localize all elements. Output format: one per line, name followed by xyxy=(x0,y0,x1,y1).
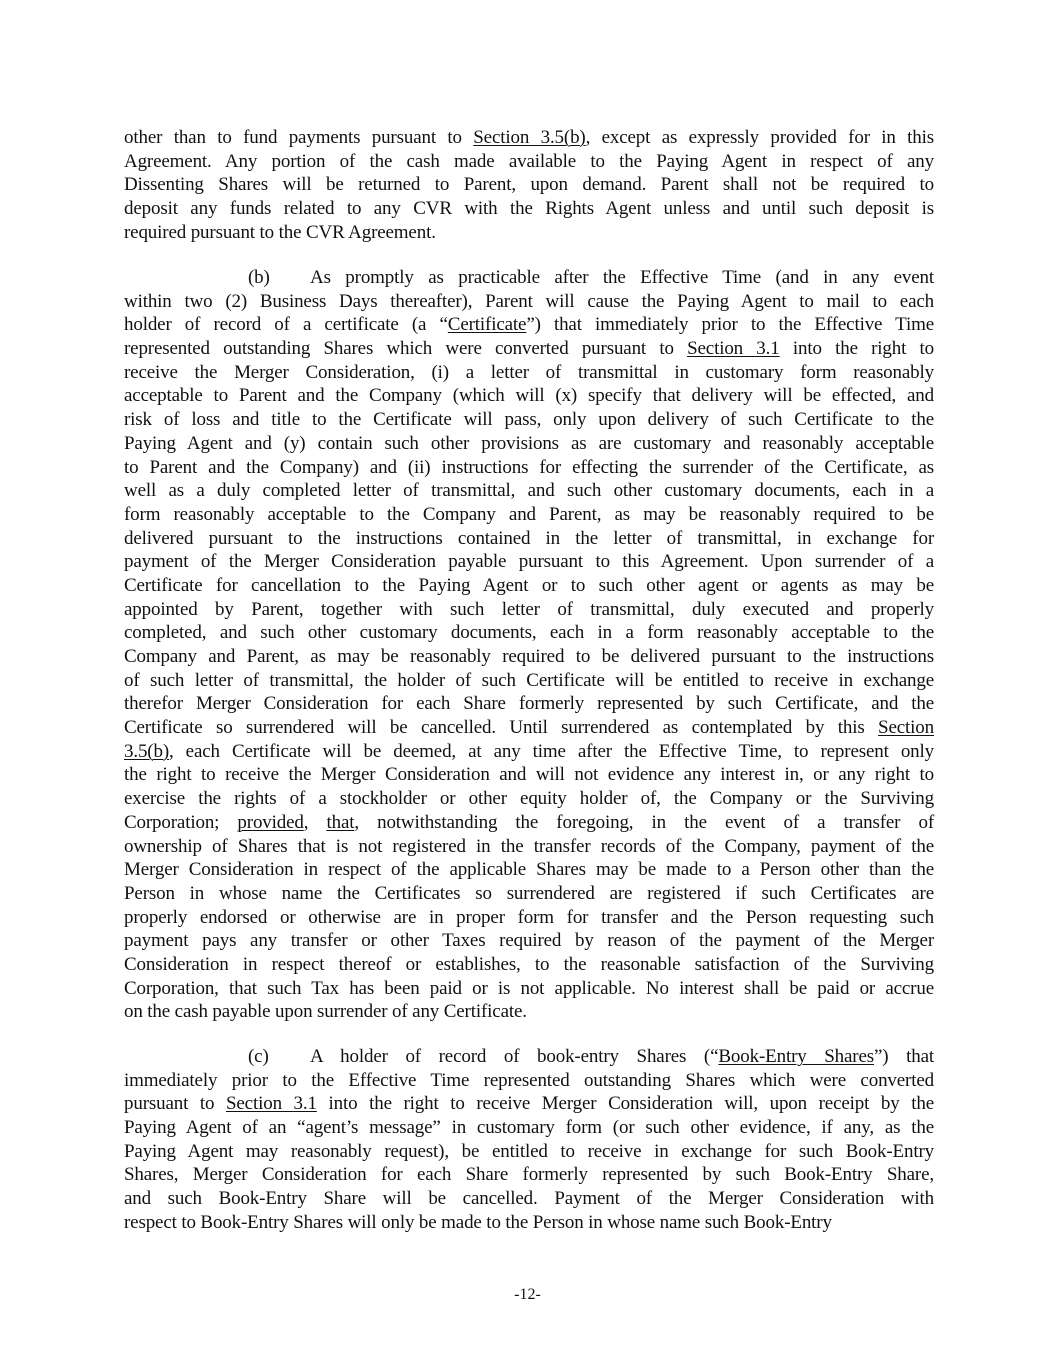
text-run: A holder of record of book-entry Shares … xyxy=(310,1046,718,1067)
text-run: Company and Parent, as may be reasonably… xyxy=(124,646,934,667)
text-run: ownership of Shares that is not register… xyxy=(124,836,934,857)
text-run: , xyxy=(304,812,327,833)
text-run: Dissenting Shares will be returned to Pa… xyxy=(124,174,934,195)
text-line: acceptable to Parent and the Company (wh… xyxy=(124,384,934,408)
text-run: , notwithstanding the foregoing, in the … xyxy=(354,812,934,833)
text-line: ownership of Shares that is not register… xyxy=(124,835,934,859)
text-run: Corporation, that such Tax has been paid… xyxy=(124,978,934,999)
text-run: to Parent and the Company) and (ii) inst… xyxy=(124,457,934,478)
document-page: other than to fund payments pursuant to … xyxy=(0,0,1055,1365)
paragraph-section-c: (c)A holder of record of book-entry Shar… xyxy=(124,1045,934,1235)
text-run: immediately prior to the Effective Time … xyxy=(124,1070,934,1091)
text-line: Certificate for cancellation to the Payi… xyxy=(124,574,934,598)
text-line: Corporation, that such Tax has been paid… xyxy=(124,977,934,1001)
text-line: pursuant to Section 3.1 into the right t… xyxy=(124,1092,934,1116)
text-line: completed, and such other customary docu… xyxy=(124,621,934,645)
text-run: payment of the Merger Consideration paya… xyxy=(124,551,934,572)
text-line: 3.5(b), each Certificate will be deemed,… xyxy=(124,740,934,764)
text-line: Paying Agent and (y) contain such other … xyxy=(124,432,934,456)
text-line: (b)As promptly as practicable after the … xyxy=(124,266,934,290)
text-line: Shares, Merger Consideration for each Sh… xyxy=(124,1163,934,1187)
text-line: well as a duly completed letter of trans… xyxy=(124,479,934,503)
text-run: therefor Merger Consideration for each S… xyxy=(124,693,934,714)
text-run: exercise the rights of a stockholder or … xyxy=(124,788,934,809)
text-run: Agreement. Any portion of the cash made … xyxy=(124,151,934,172)
text-run: As promptly as practicable after the Eff… xyxy=(310,267,934,288)
text-line: risk of loss and title to the Certificat… xyxy=(124,408,934,432)
text-line: required pursuant to the CVR Agreement. xyxy=(124,221,934,245)
text-run: risk of loss and title to the Certificat… xyxy=(124,409,934,430)
text-line: to Parent and the Company) and (ii) inst… xyxy=(124,456,934,480)
underlined-reference: Section 3.5(b) xyxy=(473,127,585,148)
paragraph-section-b: (b)As promptly as practicable after the … xyxy=(124,266,934,1024)
underlined-reference: Section 3.1 xyxy=(226,1093,317,1114)
subsection-label: (c) xyxy=(248,1045,310,1069)
text-line: deposit any funds related to any CVR wit… xyxy=(124,197,934,221)
text-line: receive the Merger Consideration, (i) a … xyxy=(124,361,934,385)
text-run: delivered pursuant to the instructions c… xyxy=(124,528,934,549)
text-line: Merger Consideration in respect of the a… xyxy=(124,858,934,882)
text-line: within two (2) Business Days thereafter)… xyxy=(124,290,934,314)
text-line: Paying Agent may reasonably request), be… xyxy=(124,1140,934,1164)
text-run: deposit any funds related to any CVR wit… xyxy=(124,198,934,219)
text-run: Consideration in respect thereof or esta… xyxy=(124,954,934,975)
text-run: within two (2) Business Days thereafter)… xyxy=(124,291,934,312)
text-run: form reasonably acceptable to the Compan… xyxy=(124,504,934,525)
text-line: Agreement. Any portion of the cash made … xyxy=(124,150,934,174)
underlined-reference: provided xyxy=(237,812,303,833)
paragraph-continuation: other than to fund payments pursuant to … xyxy=(124,126,934,244)
text-run: Certificate for cancellation to the Payi… xyxy=(124,575,934,596)
text-line: and such Book-Entry Share will be cancel… xyxy=(124,1187,934,1211)
text-run: appointed by Parent, together with such … xyxy=(124,599,934,620)
text-run: , each Certificate will be deemed, at an… xyxy=(169,741,934,762)
text-run: the right to receive the Merger Consider… xyxy=(124,764,934,785)
text-line: (c)A holder of record of book-entry Shar… xyxy=(124,1045,934,1069)
page-number: -12- xyxy=(0,1285,1055,1305)
text-line: other than to fund payments pursuant to … xyxy=(124,126,934,150)
text-line: holder of record of a certificate (a “Ce… xyxy=(124,313,934,337)
text-line: respect to Book-Entry Shares will only b… xyxy=(124,1211,934,1235)
text-run: Shares, Merger Consideration for each Sh… xyxy=(124,1164,934,1185)
text-run: required pursuant to the CVR Agreement. xyxy=(124,222,436,243)
text-run: into the right to xyxy=(780,338,934,359)
underlined-reference: Book-Entry Shares xyxy=(718,1046,874,1067)
text-run: other than to fund payments pursuant to xyxy=(124,127,473,148)
text-run: , except as expressly provided for in th… xyxy=(586,127,934,148)
underlined-reference: Section 3.1 xyxy=(687,338,780,359)
text-run: on the cash payable upon surrender of an… xyxy=(124,1001,527,1022)
text-run: Corporation; xyxy=(124,812,237,833)
text-run: and such Book-Entry Share will be cancel… xyxy=(124,1188,934,1209)
subsection-label: (b) xyxy=(248,266,310,290)
text-line: of such letter of transmittal, the holde… xyxy=(124,669,934,693)
text-line: immediately prior to the Effective Time … xyxy=(124,1069,934,1093)
text-line: on the cash payable upon surrender of an… xyxy=(124,1000,934,1024)
text-line: therefor Merger Consideration for each S… xyxy=(124,692,934,716)
text-line: the right to receive the Merger Consider… xyxy=(124,763,934,787)
text-line: properly endorsed or otherwise are in pr… xyxy=(124,906,934,930)
text-line: payment pays any transfer or other Taxes… xyxy=(124,929,934,953)
text-line: Company and Parent, as may be reasonably… xyxy=(124,645,934,669)
underlined-reference: Section xyxy=(878,717,934,738)
text-run: Certificate so surrendered will be cance… xyxy=(124,717,878,738)
text-run: receive the Merger Consideration, (i) a … xyxy=(124,362,934,383)
text-line: Paying Agent of an “agent’s message” in … xyxy=(124,1116,934,1140)
text-line: delivered pursuant to the instructions c… xyxy=(124,527,934,551)
text-run: ”) that xyxy=(874,1046,934,1067)
text-line: Certificate so surrendered will be cance… xyxy=(124,716,934,740)
underlined-reference: Certificate xyxy=(448,314,527,335)
text-run: properly endorsed or otherwise are in pr… xyxy=(124,907,934,928)
text-line: represented outstanding Shares which wer… xyxy=(124,337,934,361)
underlined-reference: 3.5(b) xyxy=(124,741,169,762)
text-run: Paying Agent and (y) contain such other … xyxy=(124,433,934,454)
text-run: Paying Agent may reasonably request), be… xyxy=(124,1141,934,1162)
text-run: payment pays any transfer or other Taxes… xyxy=(124,930,934,951)
text-line: Consideration in respect thereof or esta… xyxy=(124,953,934,977)
text-run: Paying Agent of an “agent’s message” in … xyxy=(124,1117,934,1138)
text-line: appointed by Parent, together with such … xyxy=(124,598,934,622)
text-line: payment of the Merger Consideration paya… xyxy=(124,550,934,574)
text-run: acceptable to Parent and the Company (wh… xyxy=(124,385,934,406)
underlined-reference: that xyxy=(326,812,354,833)
text-run: respect to Book-Entry Shares will only b… xyxy=(124,1212,832,1233)
text-run: Person in whose name the Certificates so… xyxy=(124,883,934,904)
text-run: pursuant to xyxy=(124,1093,226,1114)
text-line: Corporation; provided, that, notwithstan… xyxy=(124,811,934,835)
text-line: Dissenting Shares will be returned to Pa… xyxy=(124,173,934,197)
text-run: ”) that immediately prior to the Effecti… xyxy=(526,314,934,335)
text-run: completed, and such other customary docu… xyxy=(124,622,934,643)
text-run: into the right to receive Merger Conside… xyxy=(317,1093,934,1114)
text-line: Person in whose name the Certificates so… xyxy=(124,882,934,906)
text-line: exercise the rights of a stockholder or … xyxy=(124,787,934,811)
text-line: form reasonably acceptable to the Compan… xyxy=(124,503,934,527)
text-run: well as a duly completed letter of trans… xyxy=(124,480,934,501)
text-run: represented outstanding Shares which wer… xyxy=(124,338,687,359)
text-run: Merger Consideration in respect of the a… xyxy=(124,859,934,880)
text-run: of such letter of transmittal, the holde… xyxy=(124,670,934,691)
text-run: holder of record of a certificate (a “ xyxy=(124,314,448,335)
